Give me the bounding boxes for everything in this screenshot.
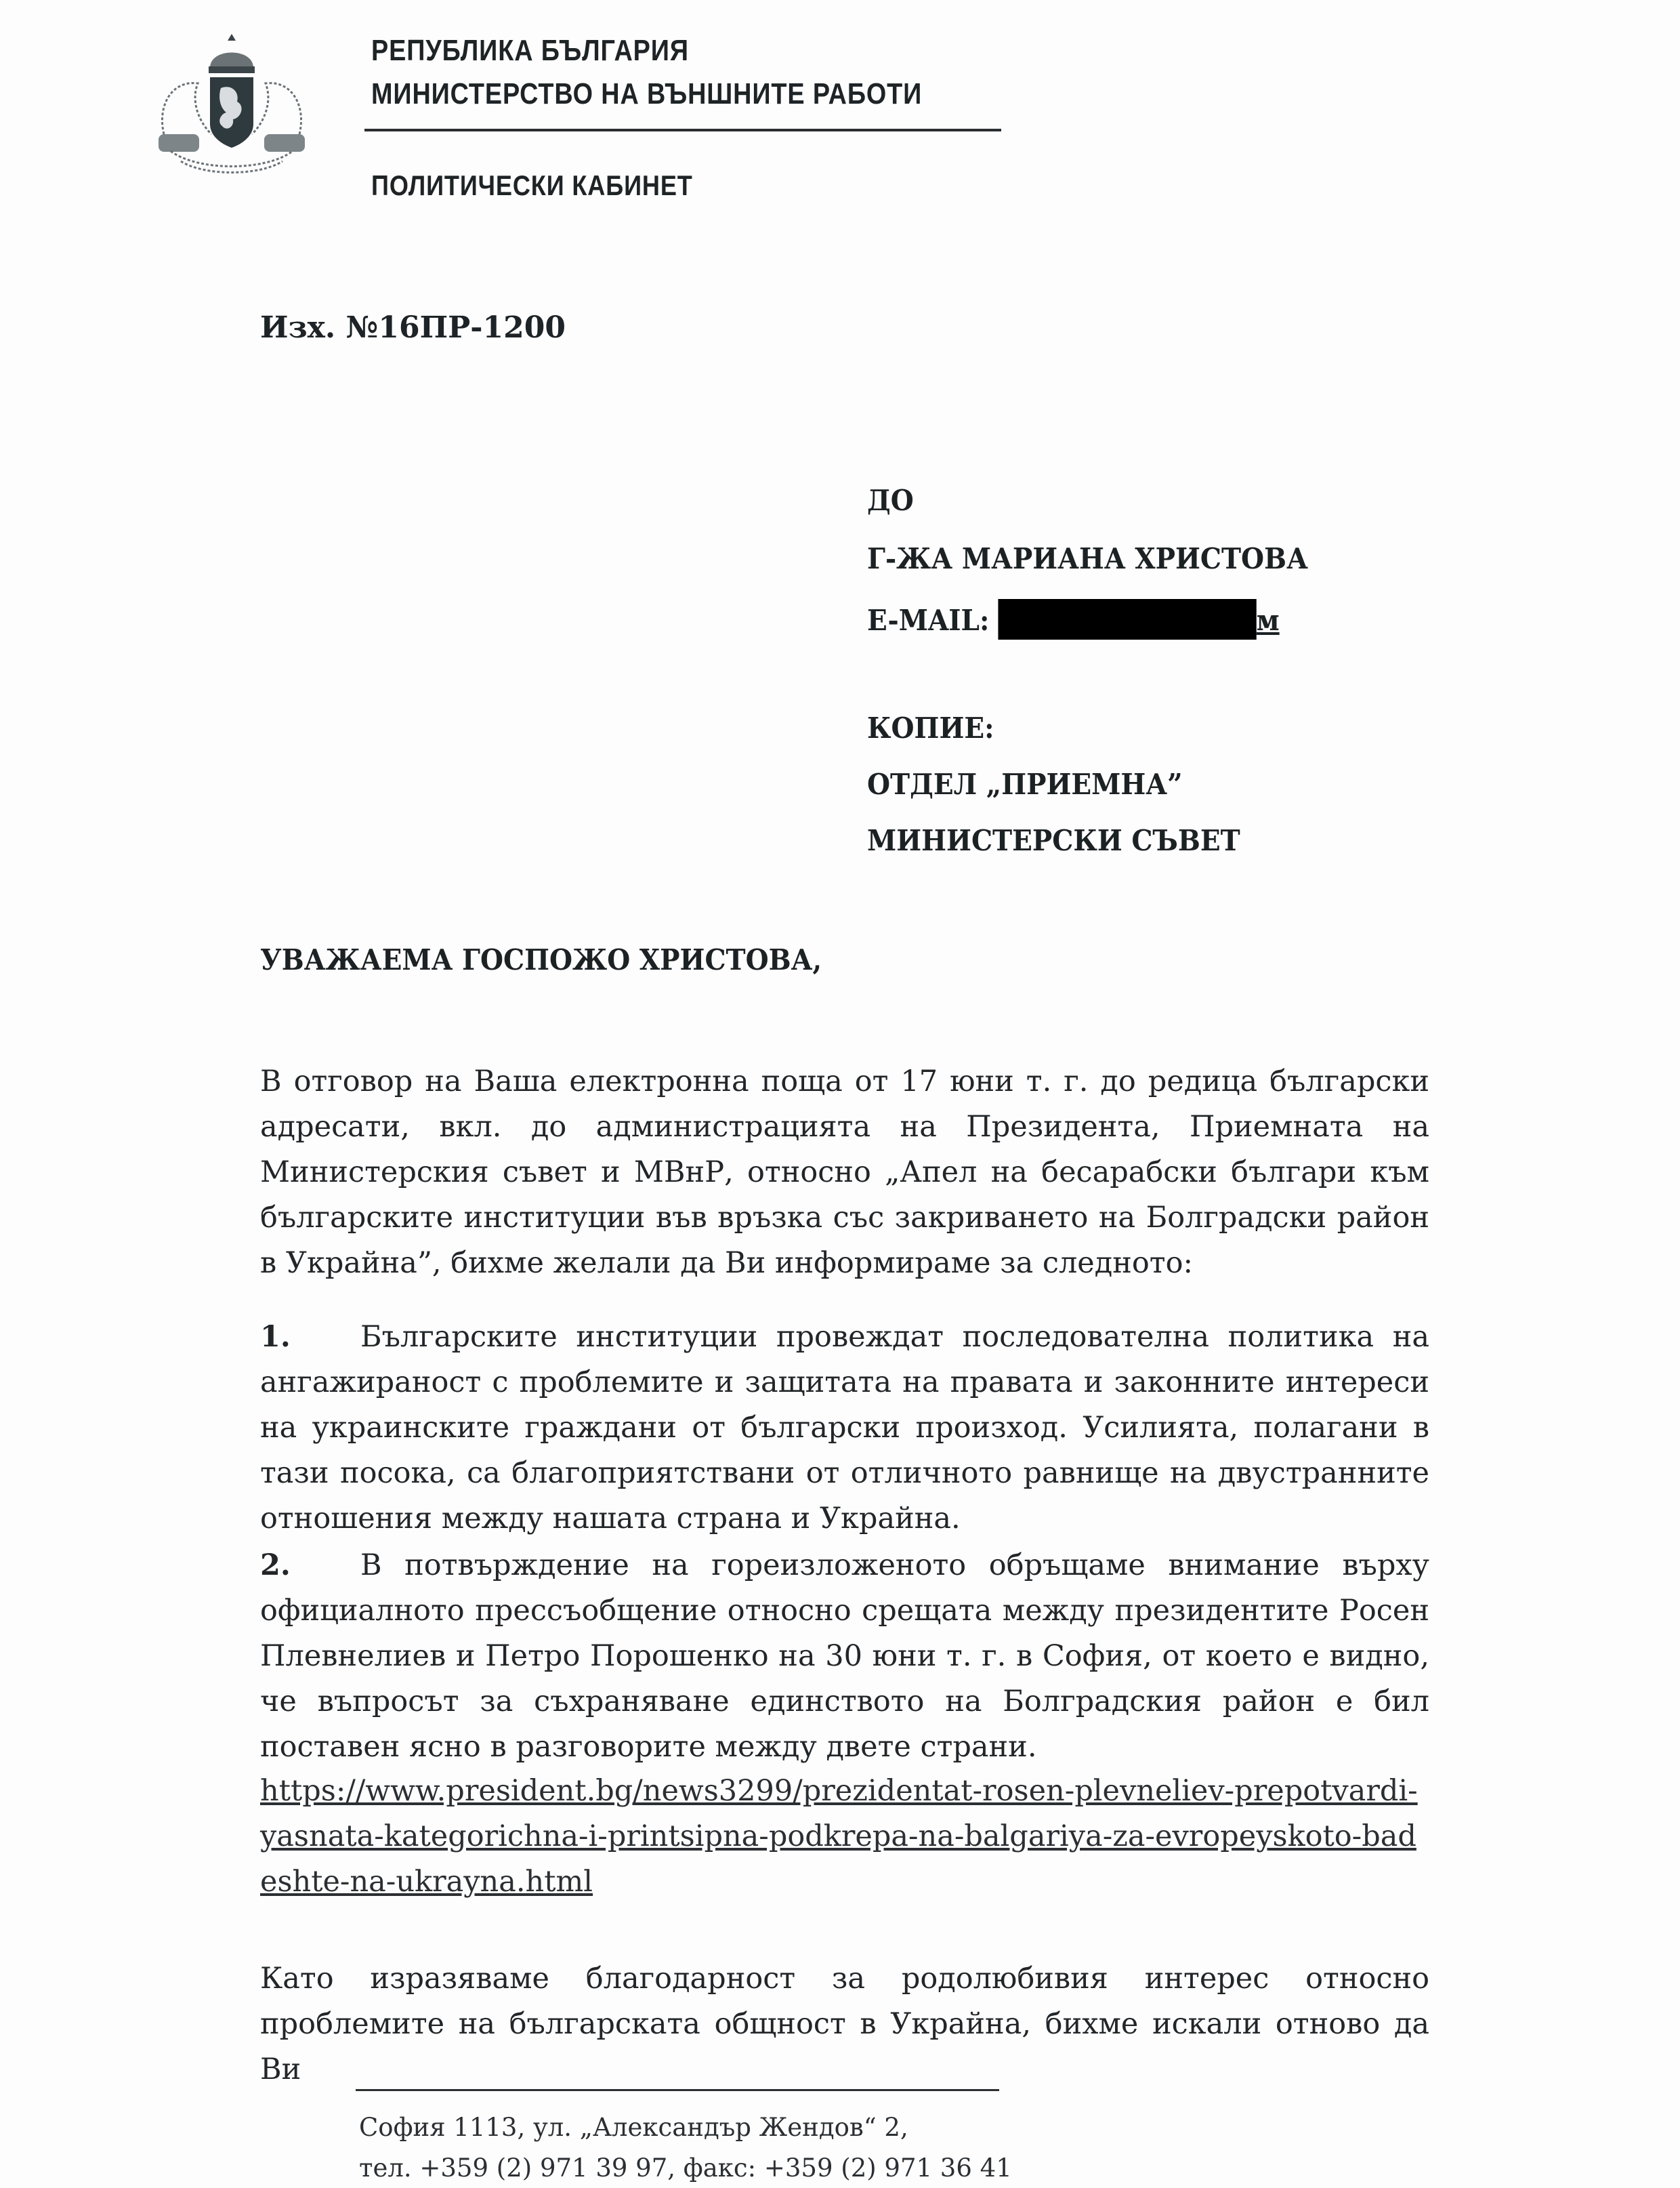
press-release-link[interactable]: https://www.president.bg/news3299/prezid… bbox=[260, 1769, 1429, 1905]
salutation: УВАЖАЕМА ГОСПОЖО ХРИСТОВА, bbox=[260, 943, 822, 976]
item-text: В потвърждение на гореизложеното обръщам… bbox=[260, 1548, 1429, 1764]
copy-label: КОПИЕ: bbox=[867, 711, 994, 745]
copy-department: ОТДЕЛ „ПРИЕМНА” bbox=[867, 768, 1183, 801]
footer-contacts: тел. +359 (2) 971 39 97, факс: +359 (2) … bbox=[359, 2153, 1012, 2183]
header-divider bbox=[364, 129, 1001, 131]
footer-address: София 1113, ул. „Александър Жендов“ 2, bbox=[359, 2113, 908, 2142]
numbered-item-1: 1.Българските институции провеждат после… bbox=[260, 1315, 1429, 1542]
item-text: Българските институции провеждат последо… bbox=[260, 1320, 1429, 1535]
recipient-email: E-MAIL:м bbox=[867, 599, 1280, 640]
letterhead-department: ПОЛИТИЧЕСКИ КАБИНЕТ bbox=[371, 169, 693, 202]
item-number: 2. bbox=[260, 1543, 360, 1588]
copy-council: МИНИСТЕРСКИ СЪВЕТ bbox=[867, 824, 1240, 857]
letterhead-ministry: МИНИСТЕРСТВО НА ВЪНШНИТЕ РАБОТИ bbox=[371, 77, 922, 111]
email-label: E-MAIL: bbox=[867, 604, 989, 637]
letterhead-country: РЕПУБЛИКА БЪЛГАРИЯ bbox=[371, 34, 689, 68]
outgoing-reference-number: Изх. №16ПР-1200 bbox=[260, 310, 566, 345]
footer-divider bbox=[356, 2089, 999, 2091]
closing-paragraph: Като изразяваме благодарност за родолюби… bbox=[260, 1956, 1429, 2092]
item-number: 1. bbox=[260, 1315, 360, 1360]
numbered-item-2: 2.В потвърждение на гореизложеното обръщ… bbox=[260, 1543, 1429, 1770]
coat-of-arms-icon bbox=[150, 33, 313, 178]
letter-page: РЕПУБЛИКА БЪЛГАРИЯ МИНИСТЕРСТВО НА ВЪНШН… bbox=[0, 0, 1680, 2188]
intro-paragraph: В отговор на Ваша електронна поща от 17 … bbox=[260, 1059, 1429, 1286]
recipient-name: Г-ЖА МАРИАНА ХРИСТОВА bbox=[867, 542, 1308, 575]
recipient-to-label: ДО bbox=[867, 484, 914, 517]
email-visible-tail: м bbox=[1257, 604, 1280, 637]
email-redaction-box bbox=[998, 599, 1256, 640]
